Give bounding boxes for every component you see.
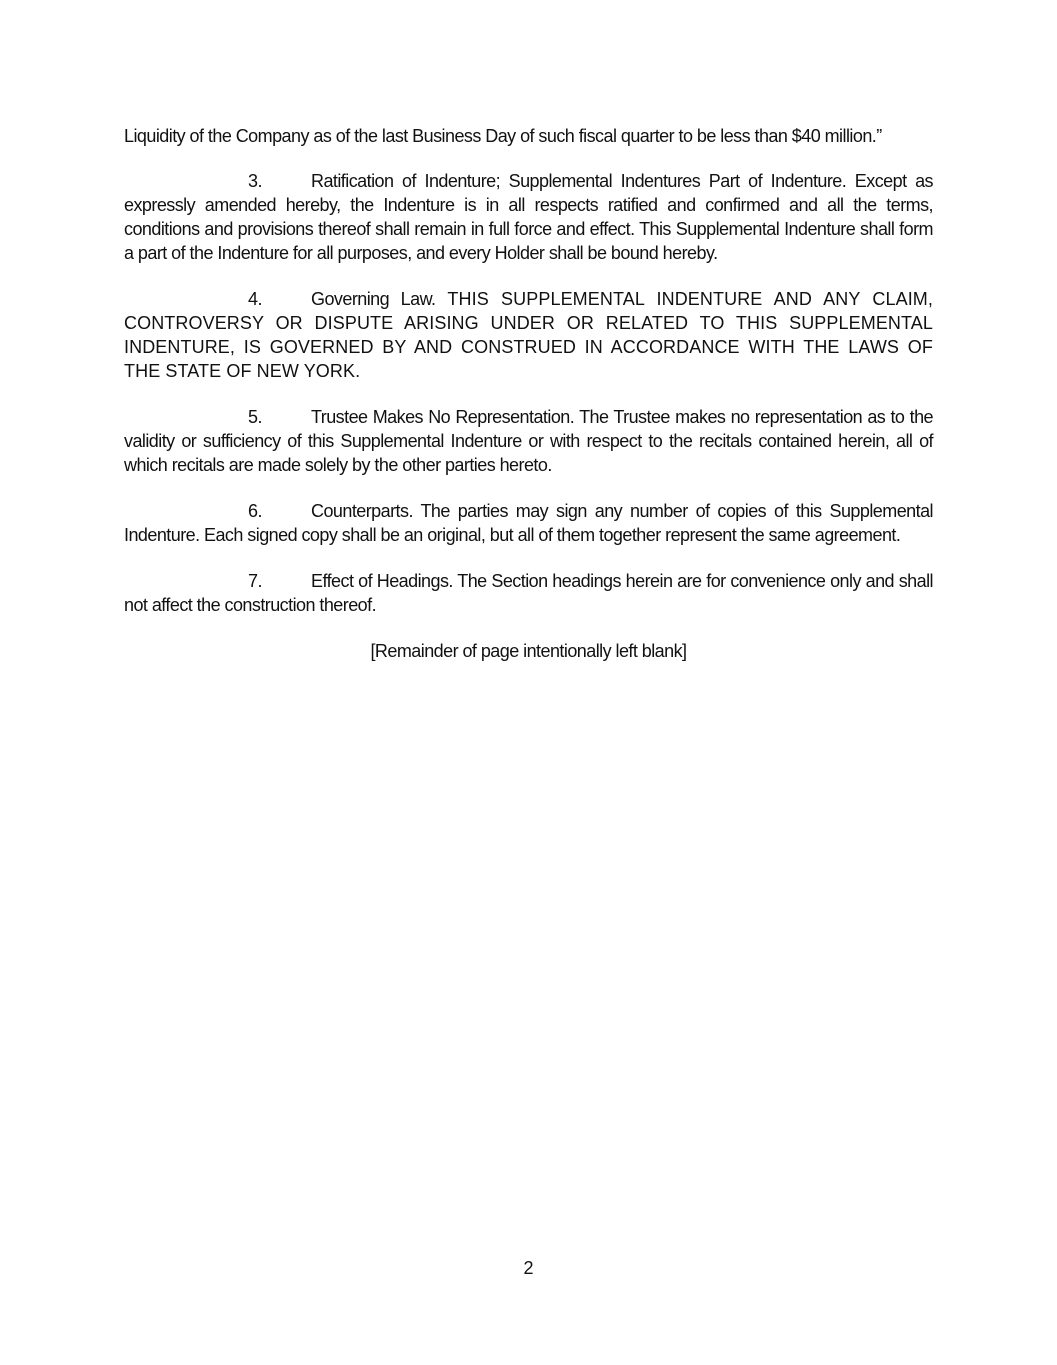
section-number: 4. [248,287,311,311]
remainder-blank-note: [Remainder of page intentionally left bl… [124,639,933,663]
section-number: 3. [248,169,311,193]
section-heading: Ratification of Indenture; Supplemental … [311,171,846,191]
section-6: 6.Counterparts. The parties may sign any… [124,499,933,547]
section-body: The parties may sign any number of copie… [124,501,933,545]
section-7: 7.Effect of Headings. The Section headin… [124,569,933,617]
section-5: 5.Trustee Makes No Representation. The T… [124,405,933,477]
section-heading: Effect of Headings. [311,571,453,591]
section-3: 3.Ratification of Indenture; Supplementa… [124,169,933,265]
section-body: The Section headings herein are for conv… [124,571,933,615]
page-number: 2 [0,1258,1057,1279]
section-heading: Trustee Makes No Representation. [311,407,574,427]
section-number: 7. [248,569,311,593]
section-number: 5. [248,405,311,429]
section-body: THIS SUPPLEMENTAL INDENTURE AND ANY CLAI… [124,289,933,381]
section-heading: Counterparts. [311,501,413,521]
section-number: 6. [248,499,311,523]
section-4: 4.Governing Law. THIS SUPPLEMENTAL INDEN… [124,287,933,383]
section-heading: Governing Law. [311,289,436,309]
document-page: Liquidity of the Company as of the last … [124,124,933,685]
continuation-paragraph: Liquidity of the Company as of the last … [124,124,933,148]
